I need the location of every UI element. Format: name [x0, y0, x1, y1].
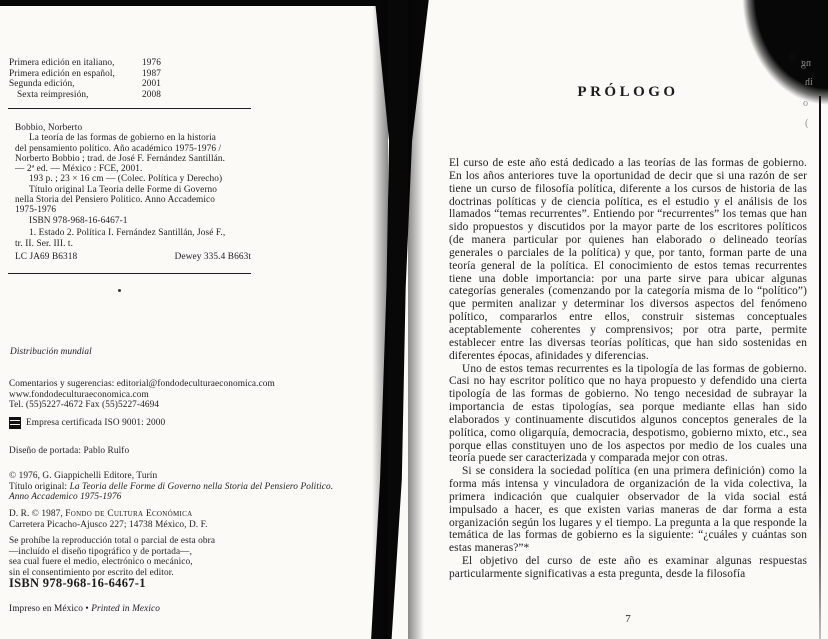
printed-prefix: Impreso en México •	[9, 604, 91, 614]
prologue-body: El curso de este año está dedicado a las…	[449, 157, 807, 581]
original-title-line2: Anno Accademico 1975-1976	[9, 492, 389, 503]
classification-numbers: LC JA69 B6318 Dewey 335.4 B663t	[15, 252, 251, 263]
original-copyright: © 1976, G. Giappichelli Editore, Turín T…	[9, 471, 389, 503]
edition-row: Segunda edición, 2001	[9, 79, 161, 90]
dewey-number: Dewey 335.4 B663t	[175, 252, 251, 263]
paragraph: El objetivo del curso de este año es exa…	[449, 555, 807, 581]
divider-rule-top	[8, 108, 251, 109]
edition-label: Sexta reimpresión,	[9, 90, 89, 101]
rights-line: Se prohíbe la reproducción total o parci…	[9, 536, 309, 547]
bleed-through-text: )	[805, 118, 808, 129]
catalog-line: — 2ª ed. — México : FCE, 2001.	[15, 164, 305, 174]
left-page: Primera edición en italiano, 1976 Primer…	[0, 6, 396, 639]
bleed-through-text: ih	[805, 77, 813, 88]
iso-certification: Empresa certificada ISO 9001: 2000	[9, 417, 165, 429]
publisher-name: Fondo de Cultura Económica	[65, 509, 192, 519]
edition-year: 2001	[142, 79, 161, 90]
certification-text: Empresa certificada ISO 9001: 2000	[26, 418, 165, 429]
bleed-through-text: o	[803, 98, 808, 109]
original-title-italic: La Teoria delle Forme di Governo nella S…	[70, 482, 334, 492]
page-number: 7	[449, 613, 807, 625]
edition-label: Primera edición en italiano,	[9, 58, 115, 69]
edition-row: Primera edición en español, 1987	[9, 69, 161, 80]
scan-corner-shadow	[726, 0, 828, 134]
publisher-address: Carretera Picacho-Ajusco 227; 14738 Méxi…	[9, 520, 339, 531]
edition-year: 1987	[142, 69, 161, 80]
rights-line: sea cual fuere el medio, electrónico o m…	[9, 557, 309, 568]
page-edge-line	[819, 96, 821, 639]
contact-phone-fax: Tel. (55)5227-4672 Fax (55)5227-4694	[9, 400, 339, 411]
divider-rule-bottom	[8, 273, 251, 274]
isbn-number: ISBN 978-968-16-6467-1	[9, 578, 146, 589]
catalog-isbn-line: ISBN 978-968-16-6467-1	[15, 216, 305, 226]
paragraph: Uno de estos temas recurrentes es la tip…	[449, 363, 807, 466]
copyright-1987-line: D. R. © 1987, Fondo de Cultura Económica	[9, 509, 339, 520]
subject-line: 1. Estado 2. Política I. Fernández Santi…	[15, 228, 305, 239]
printed-in-mexico: Impreso en México • Printed in Mexico	[9, 604, 160, 615]
scan-speck	[118, 289, 121, 292]
subject-line: tr. II. Ser. III. t.	[15, 239, 305, 250]
mexican-copyright: D. R. © 1987, Fondo de Cultura Económica…	[9, 509, 339, 530]
edition-row: Primera edición en italiano, 1976	[9, 58, 161, 69]
catalog-line: del pensamiento político. Año académico …	[15, 144, 305, 154]
fce-logo-icon	[9, 417, 21, 429]
edition-label: Primera edición en español,	[9, 69, 115, 80]
catalog-line: nella Storia del Pensiero Politico. Anno…	[15, 195, 305, 205]
bleed-through-text: ng	[801, 58, 811, 69]
contact-website: www.fondodeculturaeconomica.com	[9, 390, 339, 401]
lc-call-number: LC JA69 B6318	[15, 252, 77, 263]
edition-row: Sexta reimpresión, 2008	[9, 90, 161, 101]
original-title-line: Título original: La Teoria delle Forme d…	[9, 482, 389, 493]
edition-label: Segunda edición,	[9, 79, 75, 90]
paragraph: Si se considera la sociedad política (en…	[449, 465, 807, 555]
edition-year: 1976	[142, 58, 161, 69]
catalog-line: 1975-1976	[15, 205, 305, 215]
printed-italic: Printed in Mexico	[91, 604, 160, 614]
edition-year: 2008	[142, 90, 161, 101]
publisher-contact: Comentarios y sugerencias: editorial@fon…	[9, 379, 339, 411]
copyright-1976-line: © 1976, G. Giappichelli Editore, Turín	[9, 471, 389, 482]
cataloging-block: Bobbio, Norberto La teoría de las formas…	[15, 123, 305, 226]
dr-prefix: D. R. © 1987,	[9, 509, 65, 519]
catalog-line: 193 p. ; 23 × 16 cm — (Colec. Política y…	[15, 174, 305, 184]
cover-design-credit: Diseño de portada: Pablo Rulfo	[9, 446, 129, 457]
contact-email-line: Comentarios y sugerencias: editorial@fon…	[9, 379, 339, 390]
catalog-line: Título original La Teoria delle Forme di…	[15, 185, 305, 195]
rights-line: —incluído el diseño tipográfico y de por…	[9, 547, 309, 558]
subject-headings: 1. Estado 2. Política I. Fernández Santi…	[15, 228, 305, 249]
ink-mark	[789, 52, 796, 62]
original-title-prefix: Título original:	[9, 482, 70, 492]
edition-history: Primera edición en italiano, 1976 Primer…	[9, 58, 161, 100]
catalog-line: Bobbio, Norberto	[15, 123, 305, 133]
catalog-line: Norberto Bobbio ; trad. de José F. Ferná…	[15, 154, 305, 164]
catalog-line: La teoría de las formas de gobierno en l…	[15, 133, 305, 143]
rights-notice: Se prohíbe la reproducción total o parci…	[9, 536, 309, 578]
distribution-note: Distribución mundial	[10, 347, 92, 358]
paragraph: El curso de este año está dedicado a las…	[449, 157, 807, 363]
